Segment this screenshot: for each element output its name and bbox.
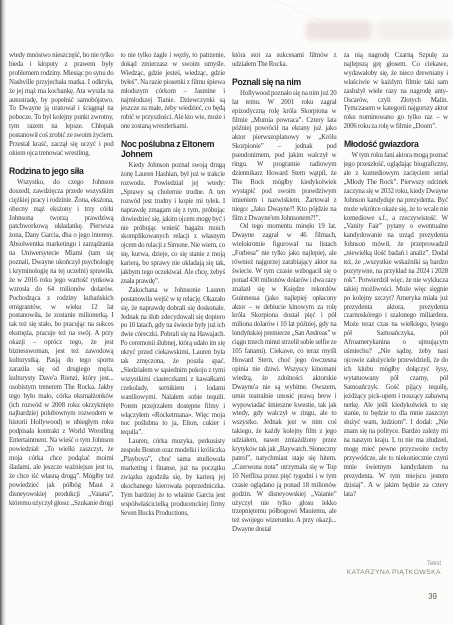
body-paragraph: za nią nagrodę Czarną Szpulę za najlepsz… <box>344 52 449 132</box>
page-number: 39 <box>428 592 437 601</box>
section-heading-mlodosc: Młodość gwiazdora <box>344 139 444 149</box>
body-paragraph: Zakochana w Johnsonie Lauren postanowiła… <box>121 287 226 438</box>
text-column-2: to nie tylko żagle i węzły, to patrzenie… <box>121 52 226 589</box>
body-paragraph: Wszystko, do czego Johnson doszedł, zawd… <box>9 179 114 509</box>
byline: Tekst KATARZYNA PIĄTKOWSKA <box>347 560 441 577</box>
text-column-3: która stoi za sukcesami filmów z udziałe… <box>232 52 337 589</box>
body-paragraph: Kiedy Johnson poznał swoją drugą żonę La… <box>121 162 226 287</box>
showthrough-artifact <box>377 21 451 40</box>
body-paragraph: to nie tylko żagle i węzły, to patrzenie… <box>121 52 226 132</box>
body-paragraph: W tym roku fani aktora mogą poznać jego … <box>344 152 449 499</box>
body-paragraph: Hollywood poznało się na nim już 20 lat … <box>232 90 337 224</box>
section-heading-rodzina: Rodzina to jego siła <box>9 166 109 176</box>
body-paragraph: która stoi za sukcesami filmów z udziałe… <box>232 52 337 70</box>
text-column-4: za nią nagrodę Czarną Szpulę za najlepsz… <box>344 52 449 589</box>
body-paragraph: wtedy mnóstwo nieszczęść, bo nie tylko b… <box>9 52 114 159</box>
section-heading-poznali-sie: Poznali się na nim <box>232 77 332 87</box>
section-heading-noc-poslubna: Noc poślubna z Eltonem Johnem <box>121 139 221 159</box>
byline-label: Tekst <box>347 560 441 568</box>
byline-name: KATARZYNA PIĄTKOWSKA <box>347 568 441 577</box>
page-edge-shadow <box>0 0 6 625</box>
body-paragraph: Lauren, córka muzyka, perkusisty zespołu… <box>121 438 226 518</box>
article-columns: wtedy mnóstwo nieszczęść, bo nie tylko b… <box>9 52 448 589</box>
magazine-page: { "article": { "columns": [ { "blocks": … <box>0 0 454 625</box>
text-column-1: wtedy mnóstwo nieszczęść, bo nie tylko b… <box>9 52 114 589</box>
body-paragraph: Od tego momentu minęło 19 lat. Dwayne za… <box>232 223 337 535</box>
